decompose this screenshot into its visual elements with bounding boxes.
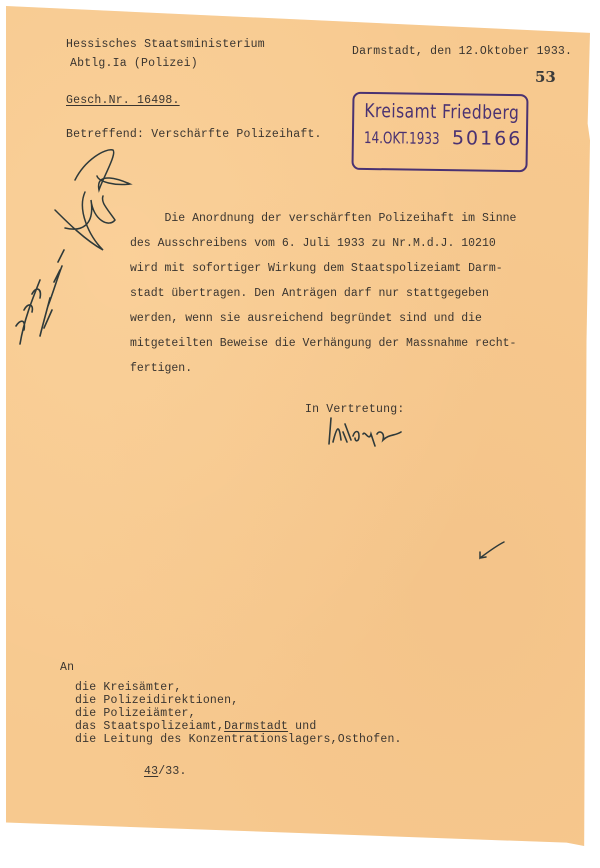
place-date: Darmstadt, den 12.Oktober 1933. (352, 46, 572, 58)
stamp-number: 50166 (452, 127, 523, 150)
body-line: stadt übertragen. Den Anträgen darf nur … (130, 287, 489, 300)
subject-line: Betreffend: Verschärfte Polizeihaft. (66, 129, 322, 141)
recipient-item-suffix: und (288, 720, 316, 733)
file-number: 43/33. (144, 766, 187, 778)
body-line: mitgeteilten Beweise die Verhängung der … (130, 337, 516, 350)
marginal-date-note-icon (10, 240, 70, 350)
recipient-item-text: das Staatspolizeiamt, (75, 720, 224, 733)
body-line: werden, wenn sie ausreichend begründet s… (130, 312, 482, 325)
received-stamp: Kreisamt Friedberg 14.OKT.1933 50166 (351, 92, 528, 172)
signature-icon (325, 412, 425, 452)
body-line: Die Anordnung der verschärften Polizeiha… (130, 212, 516, 225)
recipient-item: die Polizeiämter, (75, 708, 196, 720)
recipients-heading: An (60, 662, 74, 674)
department-name: Abtlg.Ia (Polizei) (70, 58, 198, 70)
ministry-name: Hessisches Staatsministerium (66, 39, 265, 51)
recipient-item: das Staatspolizeiamt,Darmstadt und (75, 721, 316, 733)
reference-number: Gesch.Nr. 16498. (66, 95, 180, 107)
recipient-item: die Polizeidirektionen, (75, 695, 238, 707)
body-line: wird mit sofortiger Wirkung dem Staatspo… (130, 262, 503, 275)
folio-number: 53 (535, 68, 556, 86)
file-number-main: 43 (144, 765, 158, 778)
recipient-item: die Leitung des Konzentrationslagers,Ost… (75, 734, 402, 746)
body-line: fertigen. (130, 362, 192, 375)
file-number-year: /33. (158, 765, 186, 778)
recipient-item: die Kreisämter, (75, 682, 182, 694)
body-line: des Ausschreibens vom 6. Juli 1933 zu Nr… (130, 237, 496, 250)
check-mark-icon (476, 540, 506, 560)
stamp-date: 14.OKT.1933 (364, 128, 440, 148)
stamp-office: Kreisamt Friedberg (364, 100, 519, 124)
recipient-location-darmstadt: Darmstadt (224, 720, 288, 733)
